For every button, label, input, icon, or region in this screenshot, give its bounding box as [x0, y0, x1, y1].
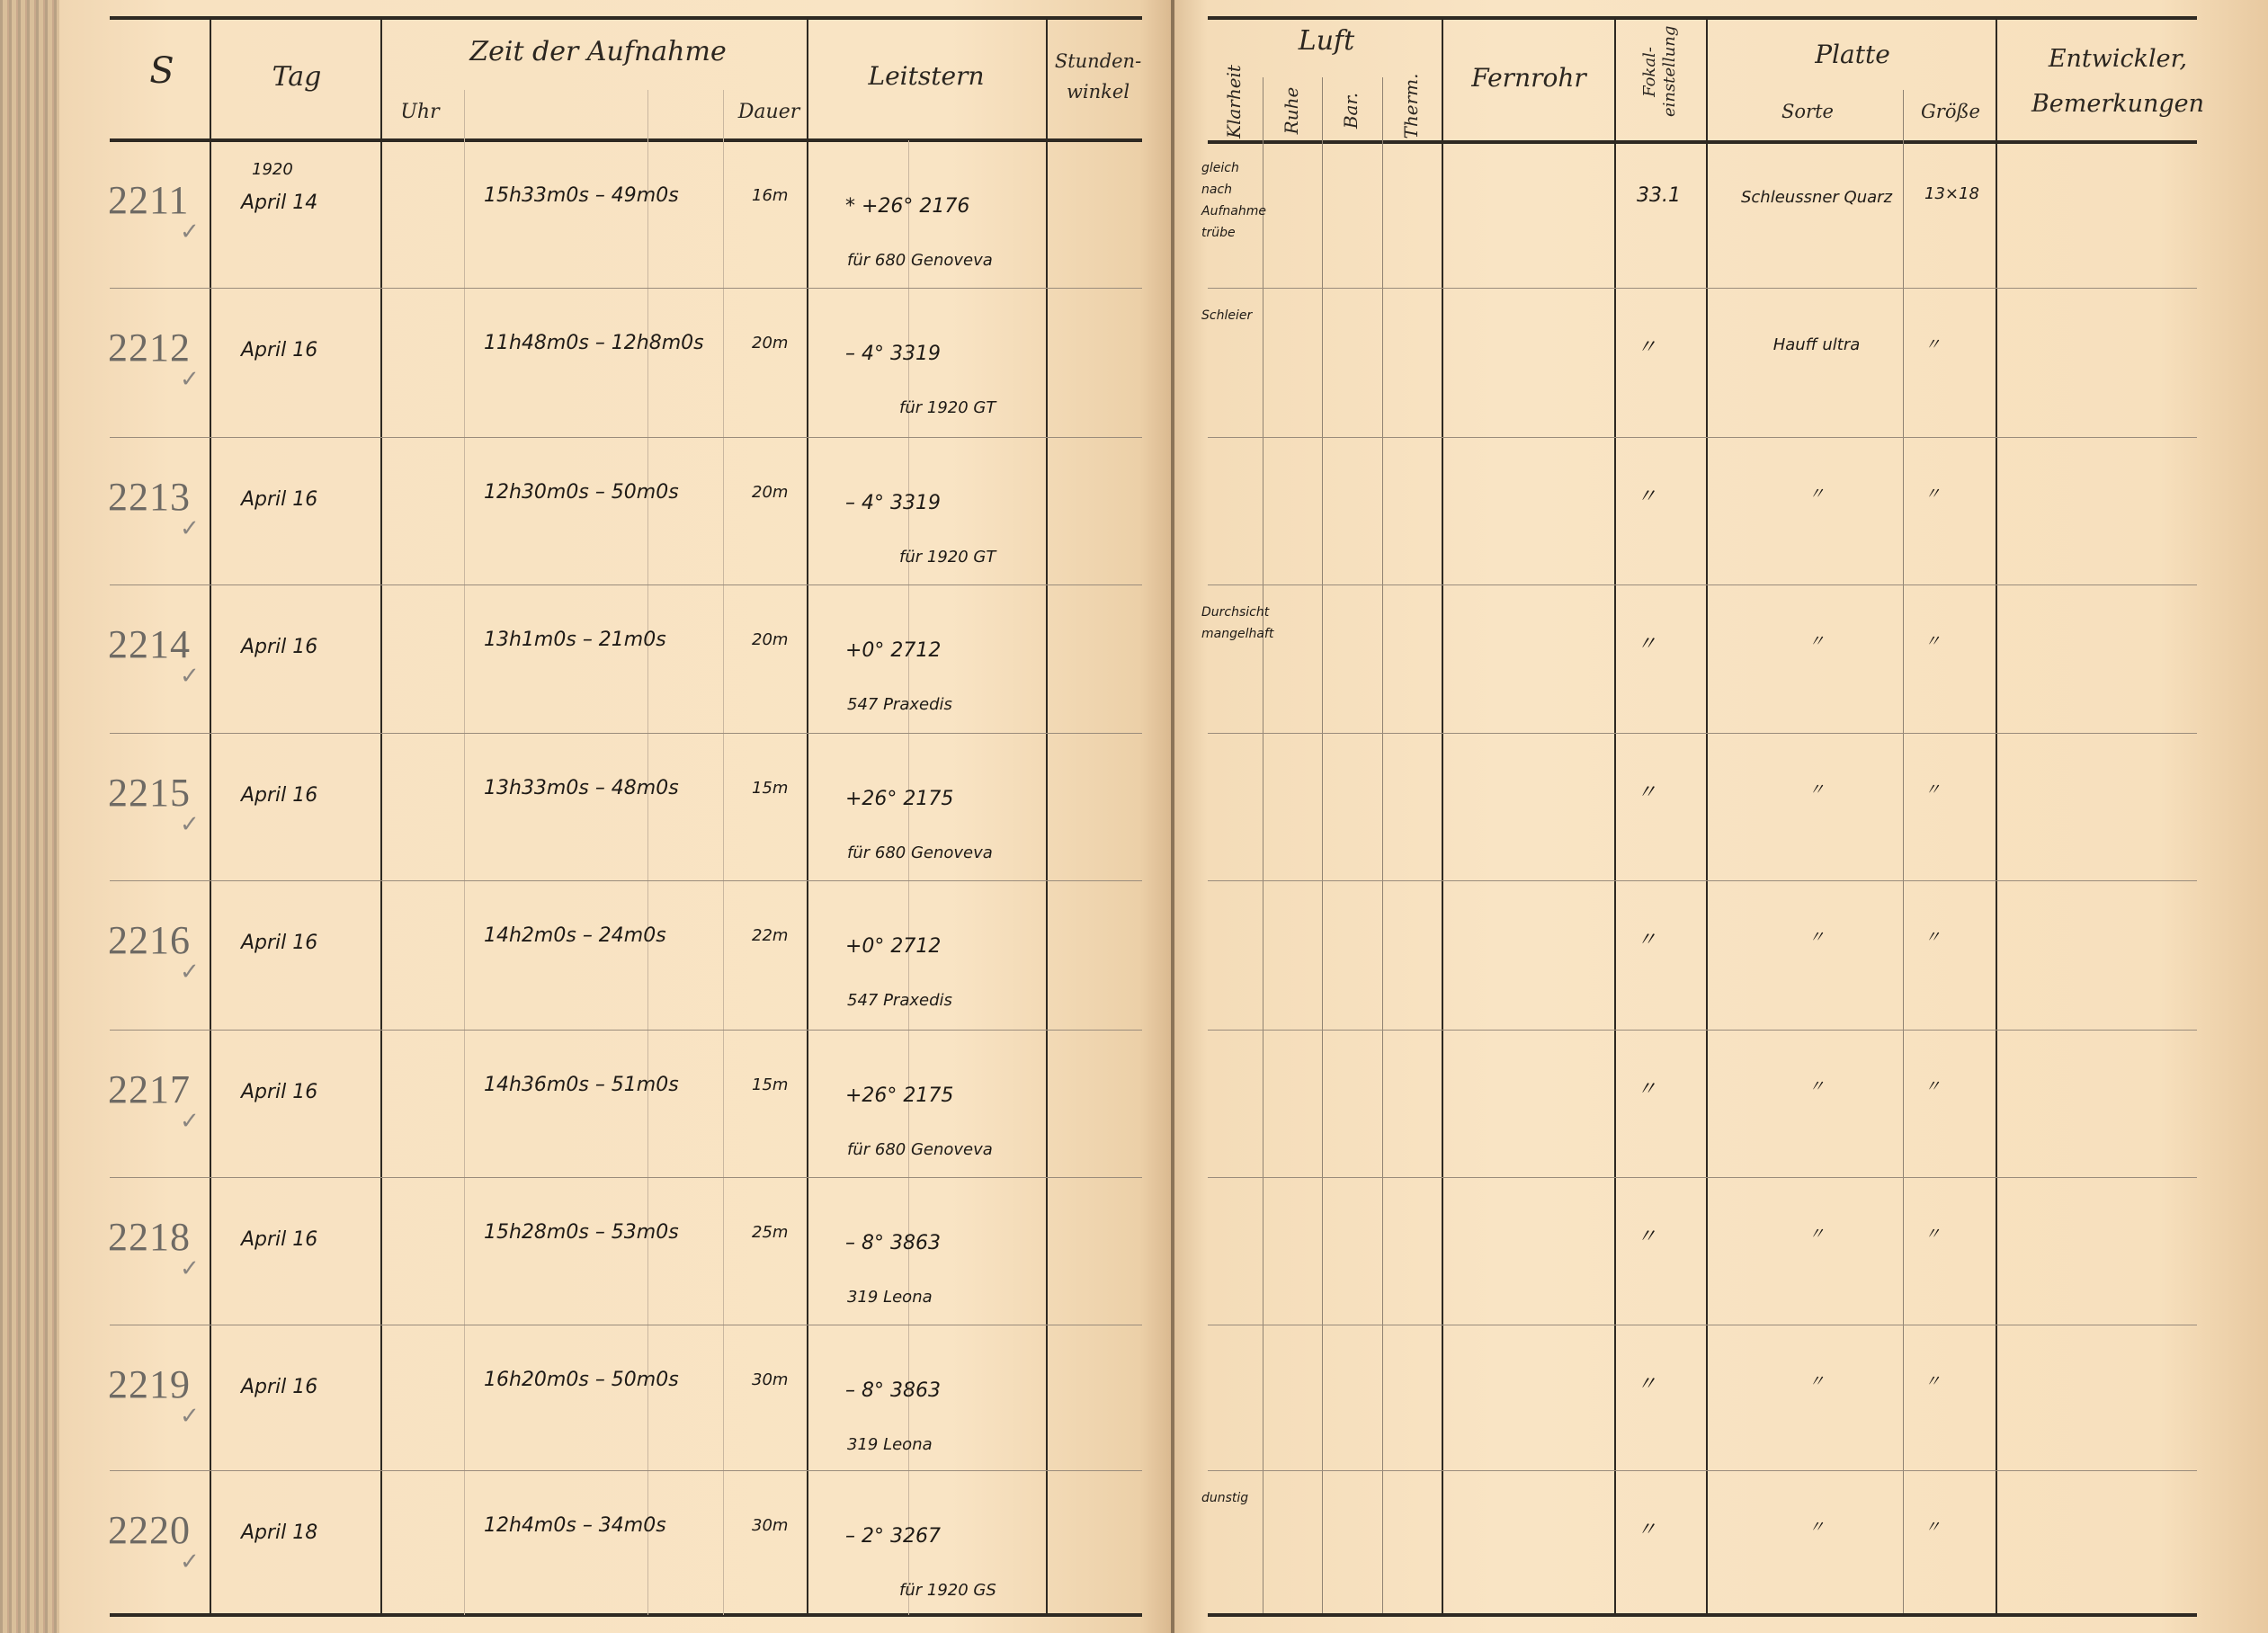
guide-star-cell: – 4° 3319 — [845, 343, 941, 365]
row-divider-right — [1208, 733, 2197, 734]
guide-star-cell: +26° 2175 — [845, 788, 953, 810]
row-divider-left — [110, 437, 1142, 438]
col-guide — [464, 90, 465, 1615]
header-klarheit: Klarheit — [1223, 57, 1246, 147]
plate-size-cell: 〃 — [1924, 924, 1941, 948]
plate-type-cell: 〃 — [1736, 1218, 1897, 1252]
row-divider-left — [110, 288, 1142, 289]
time-cell: 12h4m0s – 34m0s — [484, 1514, 666, 1537]
time-cell: 12h30m0s – 50m0s — [484, 481, 679, 504]
bottom-rule-left — [110, 1613, 1142, 1617]
focus-cell: 〃 — [1637, 1514, 1656, 1542]
row-divider-right — [1208, 584, 2197, 585]
guide-star-cell: – 8° 3863 — [845, 1379, 941, 1402]
header-rule-left — [110, 138, 1142, 142]
row-divider-left — [110, 880, 1142, 881]
guide-star-cell: – 2° 3267 — [845, 1525, 941, 1548]
header-ruhe: Ruhe — [1281, 75, 1304, 147]
date-cell: April 16 — [241, 339, 317, 361]
plate-number: 2212 — [108, 325, 191, 370]
plate-type-cell: Hauff ultra — [1736, 328, 1897, 362]
header-fokal-2: einstellung — [1660, 27, 1682, 117]
checkmark-icon: ✓ — [180, 663, 200, 690]
duration-cell: 30m — [752, 1516, 788, 1535]
plate-number: 2220 — [108, 1507, 191, 1553]
plate-number: 2215 — [108, 770, 191, 816]
checkmark-icon: ✓ — [180, 811, 200, 838]
col-divider — [1322, 77, 1323, 1613]
guide-star-cell: – 4° 3319 — [845, 492, 941, 514]
row-divider-right — [1208, 1030, 2197, 1031]
plate-size-cell: 〃 — [1924, 332, 1941, 355]
checkmark-icon: ✓ — [180, 366, 200, 393]
top-rule-left — [110, 16, 1142, 20]
date-cell: April 16 — [241, 1228, 317, 1251]
col-divider — [380, 18, 382, 1615]
header-fernrohr: Fernrohr — [1448, 63, 1610, 93]
header-leitstern: Leitstern — [836, 61, 1016, 91]
duration-cell: 20m — [752, 334, 788, 352]
guide-star-note: 319 Leona — [847, 1435, 933, 1454]
plate-type-cell: 〃 — [1736, 1511, 1897, 1545]
date-cell: April 16 — [241, 1081, 317, 1103]
plate-type-cell: 〃 — [1736, 1070, 1897, 1104]
checkmark-icon: ✓ — [180, 1255, 200, 1282]
time-cell: 15h28m0s – 53m0s — [484, 1221, 679, 1244]
col-divider — [210, 18, 211, 1615]
checkmark-icon: ✓ — [180, 515, 200, 542]
duration-cell: 20m — [752, 483, 788, 502]
checkmark-icon: ✓ — [180, 1548, 200, 1575]
date-cell: April 16 — [241, 488, 317, 511]
plate-number: 2211 — [108, 177, 189, 223]
row-divider-right — [1208, 1177, 2197, 1178]
guide-star-cell: +0° 2712 — [845, 639, 941, 662]
time-cell: 14h36m0s – 51m0s — [484, 1074, 679, 1096]
guide-star-note: für 680 Genoveva — [847, 1140, 993, 1159]
plate-number: 2218 — [108, 1214, 191, 1260]
row-divider-left — [110, 1030, 1142, 1031]
row-divider-right — [1208, 1325, 2197, 1325]
time-cell: 13h1m0s – 21m0s — [484, 629, 666, 651]
row-divider-left — [110, 733, 1142, 734]
focus-cell: 〃 — [1637, 1369, 1656, 1397]
clarity-cell: Durchsicht mangelhaft — [1201, 602, 1264, 645]
header-stundenwinkel-1: Stunden- — [1049, 50, 1147, 72]
plate-size-cell: 〃 — [1924, 629, 1941, 652]
header-fokal-1: Fokal- — [1640, 27, 1662, 117]
plate-size-cell: 〃 — [1924, 777, 1941, 800]
plate-type-cell: 〃 — [1736, 625, 1897, 659]
guide-star-note: 547 Praxedis — [847, 695, 952, 714]
guide-star-cell: +26° 2175 — [845, 1084, 953, 1107]
header-platte: Platte — [1763, 40, 1942, 69]
bottom-rule-right — [1208, 1613, 2197, 1617]
row-divider-left — [110, 1470, 1142, 1471]
header-s: S — [130, 50, 193, 92]
col-divider — [1903, 90, 1904, 1613]
row-divider-left — [110, 1325, 1142, 1325]
time-cell: 16h20m0s – 50m0s — [484, 1369, 679, 1391]
col-divider — [1382, 77, 1383, 1613]
header-dauer: Dauer — [728, 101, 809, 123]
duration-cell: 22m — [752, 926, 788, 945]
top-rule-right — [1208, 16, 2197, 20]
plate-size-cell: 〃 — [1924, 1221, 1941, 1245]
guide-star-cell: * +26° 2176 — [845, 195, 969, 218]
row-divider-left — [110, 1177, 1142, 1178]
focus-cell: 〃 — [1637, 1221, 1656, 1249]
header-sorte: Sorte — [1745, 101, 1871, 122]
duration-cell: 15m — [752, 779, 788, 798]
col-divider — [1706, 20, 1708, 1613]
col-divider — [1442, 20, 1443, 1613]
plate-number: 2217 — [108, 1066, 191, 1112]
checkmark-icon: ✓ — [180, 219, 200, 245]
plate-size-cell: 13×18 — [1924, 184, 1979, 203]
time-cell: 13h33m0s – 48m0s — [484, 777, 679, 799]
date-cell: April 16 — [241, 1376, 317, 1398]
header-bemerkungen: Bemerkungen — [2001, 90, 2235, 118]
focus-cell: 〃 — [1637, 1074, 1656, 1102]
guide-star-note: für 1920 GS — [899, 1581, 996, 1600]
col-guide — [723, 90, 724, 1615]
duration-cell: 20m — [752, 630, 788, 649]
time-cell: 11h48m0s – 12h8m0s — [484, 332, 704, 354]
header-stundenwinkel-2: winkel — [1049, 81, 1147, 103]
time-cell: 15h33m0s – 49m0s — [484, 184, 679, 207]
focus-cell: 〃 — [1637, 332, 1656, 360]
header-bar: Bar. — [1340, 75, 1363, 147]
duration-cell: 25m — [752, 1223, 788, 1242]
plate-number: 2214 — [108, 621, 191, 667]
focus-cell: 〃 — [1637, 777, 1656, 805]
plate-type-cell: 〃 — [1736, 1365, 1897, 1399]
checkmark-icon: ✓ — [180, 1403, 200, 1430]
guide-star-cell: +0° 2712 — [845, 935, 941, 958]
col-divider — [1996, 20, 1997, 1613]
guide-star-note: für 680 Genoveva — [847, 843, 993, 862]
focus-cell: 〃 — [1637, 629, 1656, 656]
duration-cell: 16m — [752, 186, 788, 205]
col-divider — [1614, 20, 1616, 1613]
plate-type-cell: 〃 — [1736, 773, 1897, 808]
guide-star-cell: – 8° 3863 — [845, 1232, 941, 1254]
header-luft: Luft — [1268, 25, 1385, 57]
col-divider — [807, 18, 808, 1615]
row-divider-right — [1208, 437, 2197, 438]
row-divider-left — [110, 584, 1142, 585]
plate-size-cell: 〃 — [1924, 1369, 1941, 1392]
duration-cell: 15m — [752, 1075, 788, 1094]
row-divider-right — [1208, 880, 2197, 881]
guide-star-note: 319 Leona — [847, 1288, 933, 1307]
plate-type-cell: 〃 — [1736, 921, 1897, 955]
row-divider-right — [1208, 288, 2197, 289]
header-entwickler: Entwickler, — [2001, 45, 2235, 73]
col-divider — [1046, 18, 1048, 1615]
checkmark-icon: ✓ — [180, 959, 200, 986]
checkmark-icon: ✓ — [180, 1108, 200, 1135]
plate-size-cell: 〃 — [1924, 481, 1941, 504]
focus-cell: 〃 — [1637, 924, 1656, 952]
plate-size-cell: 〃 — [1924, 1514, 1941, 1538]
header-zeit-der-aufnahme: Zeit der Aufnahme — [450, 36, 746, 67]
focus-cell: 33.1 — [1637, 184, 1681, 207]
plate-type-cell: Schleussner Quarz — [1736, 181, 1897, 215]
header-groesse: Größe — [1906, 101, 1995, 122]
book-page-edges — [0, 0, 59, 1633]
plate-size-cell: 〃 — [1924, 1074, 1941, 1097]
plate-number: 2216 — [108, 917, 191, 963]
date-cell: April 18 — [241, 1521, 317, 1544]
year-note: 1920 — [252, 160, 293, 179]
clarity-cell: Schleier — [1201, 305, 1264, 326]
plate-number: 2219 — [108, 1361, 191, 1407]
plate-type-cell: 〃 — [1736, 477, 1897, 512]
guide-star-note: 547 Praxedis — [847, 991, 952, 1010]
right-page — [1174, 0, 2268, 1633]
plate-number: 2213 — [108, 474, 191, 520]
guide-star-note: für 1920 GT — [899, 548, 996, 567]
clarity-cell: dunstig — [1201, 1487, 1264, 1509]
clarity-cell: gleich nach Aufnahme trübe — [1201, 157, 1264, 244]
row-divider-right — [1208, 1470, 2197, 1471]
header-therm: Therm. — [1400, 70, 1424, 142]
header-tag: Tag — [234, 61, 360, 93]
time-cell: 14h2m0s – 24m0s — [484, 924, 666, 947]
guide-star-note: für 1920 GT — [899, 398, 996, 417]
guide-star-note: für 680 Genoveva — [847, 251, 993, 270]
date-cell: April 16 — [241, 784, 317, 807]
duration-cell: 30m — [752, 1370, 788, 1389]
date-cell: April 16 — [241, 932, 317, 954]
header-uhr: Uhr — [388, 101, 451, 123]
book-gutter — [1171, 0, 1174, 1633]
focus-cell: 〃 — [1637, 481, 1656, 509]
date-cell: April 16 — [241, 636, 317, 658]
date-cell: April 14 — [241, 192, 317, 214]
